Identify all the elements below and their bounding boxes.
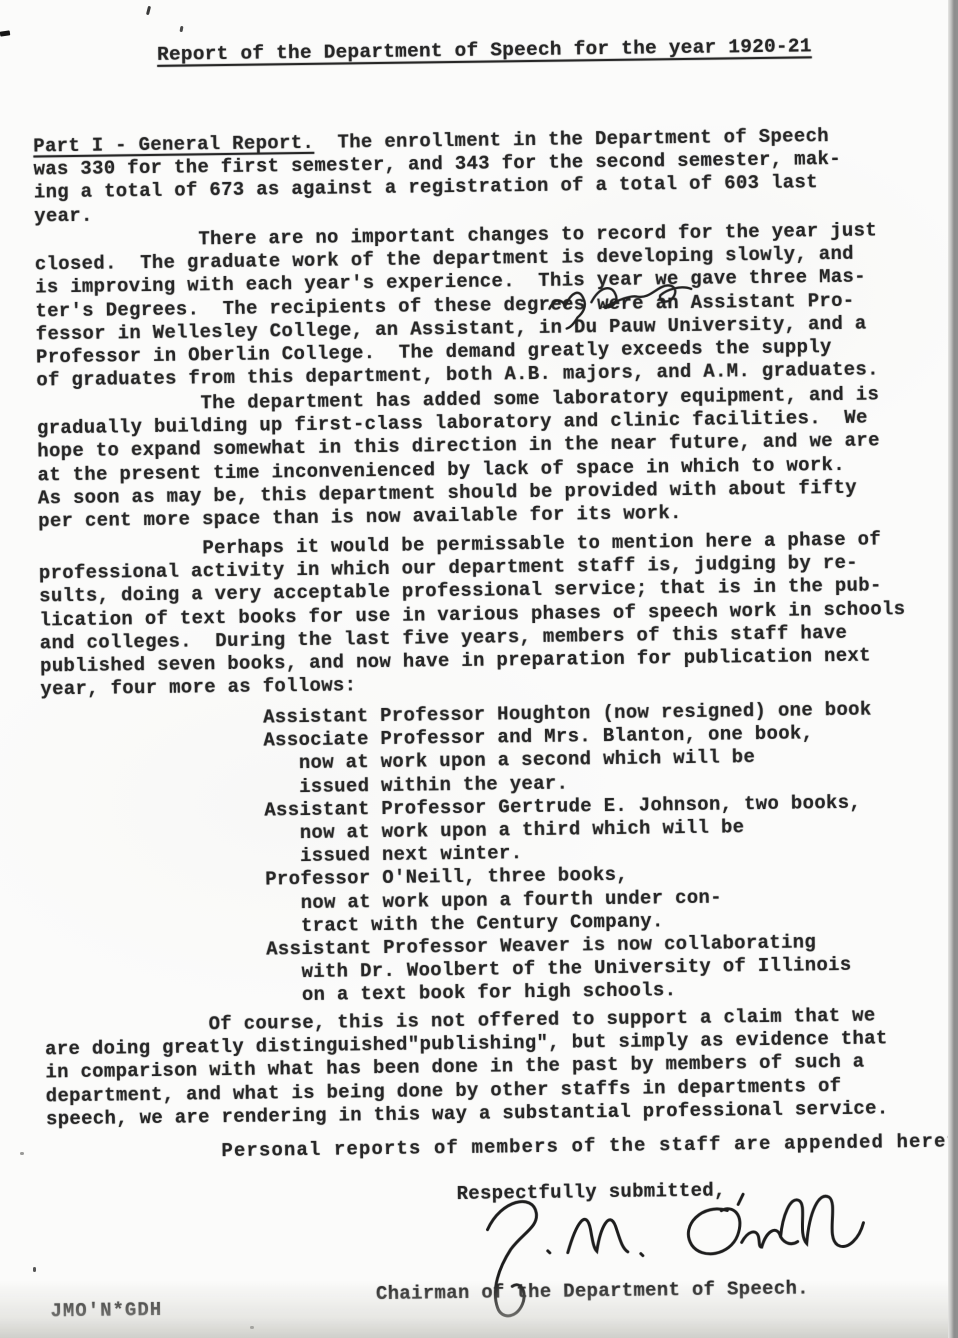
ink-speck: [33, 1267, 36, 1272]
book-list: Assistant Professor Houghton (now resign…: [41, 699, 876, 1011]
closing-salutation: Respectfully submitted,: [47, 1180, 726, 1212]
paragraph-general-report: Part I - General Report. The enrollment …: [33, 125, 842, 228]
document-page: Report of the Department of Speech for t…: [0, 0, 958, 1338]
paragraph-year-review: There are no important changes to record…: [34, 219, 879, 392]
paragraph-publications: Perhaps it would be permissable to menti…: [38, 528, 906, 702]
scanned-typewritten-text: Report of the Department of Speech for t…: [0, 0, 958, 1338]
text-line: Respectfully submitted,: [47, 1180, 726, 1212]
ink-speck: [20, 1152, 24, 1155]
scan-right-edge: [948, 0, 958, 1338]
document-title: Report of the Department of Speech for t…: [157, 35, 812, 66]
paragraph-disclaimer: Of course, this is not offered to suppor…: [45, 1004, 889, 1131]
text-line: Personal reports of members of the staff…: [46, 1129, 958, 1165]
underlined-heading: Part I - General Report.: [33, 132, 314, 158]
scan-bottom-shadow: [0, 1280, 958, 1338]
paragraph-laboratory: The department has added some laboratory…: [37, 383, 881, 533]
appended-note: Personal reports of members of the staff…: [46, 1129, 958, 1165]
